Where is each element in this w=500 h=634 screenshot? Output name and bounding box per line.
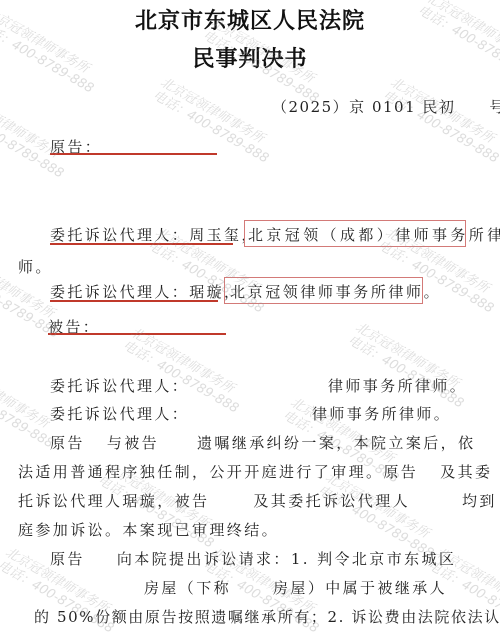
def-agent2-label: 委托诉讼代理人： <box>50 403 189 424</box>
def-agent1-firm: 律师事务所律师。 <box>328 375 467 396</box>
para2-claims: 向本院提出诉讼请求：1. 判令北京市东城区 <box>117 550 456 568</box>
para2-plaintiff: 原告 <box>50 550 85 568</box>
def-agent1-label: 委托诉讼代理人： <box>50 375 189 396</box>
agent2-label: 委托诉讼代理人： <box>50 283 189 301</box>
agent2-underline <box>50 300 218 302</box>
case-number-text: （2025）京 0101 民初 <box>272 98 455 116</box>
agent1-label: 委托诉讼代理人： <box>50 226 189 244</box>
agent2-firm-box <box>224 277 423 304</box>
para2-line3: 的 50%份额由原告按照遗嘱继承所有；2. 诉讼费由法院依法认定。 <box>34 606 500 627</box>
def-agent2-firm: 律师事务所律师。 <box>312 403 451 424</box>
agent1-firm-box <box>244 220 466 247</box>
para1-line4: 庭参加诉讼。本案现已审理终结。 <box>18 519 279 540</box>
para1-text-3b: 及其委托诉讼代理人 <box>253 492 410 510</box>
para1-case-desc: 遗嘱继承纠纷一案，本院立案后，依 <box>197 434 475 452</box>
agent1-line: 委托诉讼代理人：周玉玺， <box>50 224 259 245</box>
para1-line2: 法适用普通程序独任制，公开开庭进行了审理。原告及其委 <box>18 461 492 482</box>
agent2-line: 委托诉讼代理人：琚璇， <box>50 281 241 302</box>
para1-text-3a: 托诉讼代理人琚璇，被告 <box>18 492 209 510</box>
para1-text-3c: 均到 <box>462 492 497 510</box>
agent1-underline <box>50 243 233 245</box>
defendant-underline <box>48 333 226 335</box>
para1-line1: 原告与被告遗嘱继承纠纷一案，本院立案后，依 <box>50 432 475 453</box>
para2-house: 房屋（下称 <box>144 579 231 597</box>
case-number: （2025）京 0101 民初号 <box>272 96 500 117</box>
para2-house-b: 房屋）中属于被继承人 <box>273 579 447 597</box>
para1-text-2: 法适用普通程序独任制，公开开庭进行了审理。原告 <box>18 463 418 481</box>
para1-text-2b: 及其委 <box>440 463 492 481</box>
para2-line2: 房屋（下称房屋）中属于被继承人 <box>144 577 447 598</box>
document-type: 民事判决书 <box>0 42 500 73</box>
agent1-firm-cont: 师。 <box>18 256 53 277</box>
para1-defendant: 与被告 <box>107 434 159 452</box>
case-number-suffix: 号 <box>489 98 500 116</box>
court-name: 北京市东城区人民法院 <box>0 4 500 35</box>
plaintiff-underline <box>50 153 217 155</box>
judgment-document: 北京市东城区人民法院 民事判决书 （2025）京 0101 民初号 原告： 委托… <box>0 0 500 634</box>
para2-line1: 原告向本院提出诉讼请求：1. 判令北京市东城区 <box>50 548 456 569</box>
para1-plaintiff: 原告 <box>50 434 85 452</box>
para1-line3: 托诉讼代理人琚璇，被告及其委托诉讼代理人均到 <box>18 490 497 511</box>
